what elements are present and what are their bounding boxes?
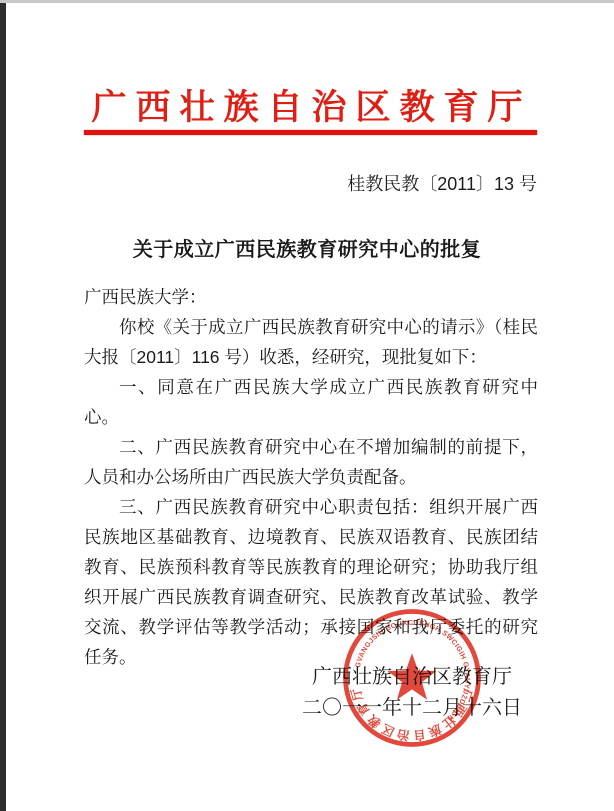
agency-header: 广西壮族自治区教育厅	[0, 80, 614, 130]
signature-agency: 广西壮族自治区教育厅	[292, 662, 532, 693]
salutation: 广西民族大学：	[84, 282, 538, 312]
body-paragraph-intro: 你校《关于成立广西民族教育研究中心的请示》（桂民大报〔2011〕116 号）收悉…	[84, 312, 538, 372]
document-number: 桂教民教〔2011〕13 号	[0, 170, 537, 196]
red-divider-line	[84, 130, 537, 135]
document-title: 关于成立广西民族教育研究中心的批复	[0, 233, 614, 262]
document-page: 广西壮族自治区教育厅 桂教民教〔2011〕13 号 关于成立广西民族教育研究中心…	[0, 0, 614, 811]
body-paragraph-item2: 二、广西民族教育研究中心在不增加编制的前提下，人员和办公场所由广西民族大学负责配…	[84, 432, 538, 492]
signature-date: 二〇一一年十二月十六日	[292, 693, 532, 724]
body-paragraph-item3: 三、广西民族教育研究中心职责包括：组织开展广西民族地区基础教育、边境教育、民族双…	[84, 492, 538, 672]
signature-block: 广西壮族自治区教育厅 二〇一一年十二月十六日	[292, 662, 532, 724]
document-body: 广西民族大学： 你校《关于成立广西民族教育研究中心的请示》（桂民大报〔2011〕…	[84, 282, 538, 672]
scan-top-edge	[0, 0, 614, 3]
body-paragraph-item1: 一、同意在广西民族大学成立广西民族教育研究中心。	[84, 372, 538, 432]
